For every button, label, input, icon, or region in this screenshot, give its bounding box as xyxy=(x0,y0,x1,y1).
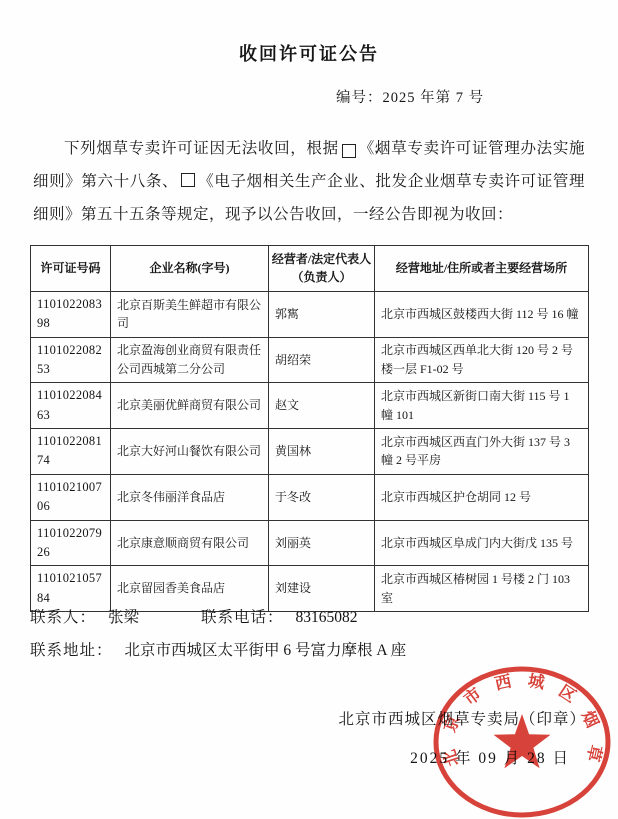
business-address: 北京市西城区阜成门内大街戊 135 号 xyxy=(375,520,589,566)
contact-address-label: 联系地址： xyxy=(30,642,113,659)
checkbox-unchecked-icon xyxy=(181,173,195,187)
page-title: 收回许可证公告 xyxy=(0,0,618,66)
contact-phone-value: 83165082 xyxy=(296,609,358,626)
company-name: 北京百斯美生鲜超市有限公司 xyxy=(111,291,269,337)
company-name: 北京冬伟丽洋食品店 xyxy=(111,474,269,520)
contact-address-value: 北京市西城区太平街甲 6 号富力摩根 A 座 xyxy=(125,642,407,659)
table-row: 110102208398 北京百斯美生鲜超市有限公司 郭寯 北京市西城区鼓楼西大… xyxy=(31,291,589,337)
col-header-company-name: 企业名称(字号) xyxy=(111,245,269,291)
official-seal: 北京市西城区烟草专卖局 xyxy=(430,664,615,819)
license-number: 110102208463 xyxy=(31,383,111,429)
company-name: 北京美丽优鲜商贸有限公司 xyxy=(111,383,269,429)
company-name: 北京大好河山餐饮有限公司 xyxy=(111,429,269,475)
license-number: 110102207926 xyxy=(31,520,111,566)
issuer-line: 北京市西城区烟草专卖局（印章） xyxy=(338,707,586,729)
table-row: 110102207926 北京康意顺商贸有限公司 刘丽英 北京市西城区阜成门内大… xyxy=(31,520,589,566)
business-address: 北京市西城区鼓楼西大街 112 号 16 幢 xyxy=(375,291,589,337)
col-header-address: 经营地址/住所或者主要经营场所 xyxy=(375,245,589,291)
table-row: 110102208253 北京盈海创业商贸有限责任公司西城第二分公司 胡绍荣 北… xyxy=(31,337,589,383)
table-header-row: 许可证号码 企业名称(字号) 经营者/法定代表人 （负责人） 经营地址/住所或者… xyxy=(31,245,589,291)
date-line: 2025 年 09 月 28 日 xyxy=(410,746,570,768)
operator-name: 胡绍荣 xyxy=(269,337,375,383)
contact-phone-label: 联系电话： xyxy=(201,609,284,626)
contact-block: 联系人：张梁联系电话：83165082 联系地址：北京市西城区太平街甲 6 号富… xyxy=(30,601,406,668)
announcement-paragraph: 下列烟草专卖许可证因无法收回，根据✓《烟草专卖许可证管理办法实施细则》第六十八条… xyxy=(33,133,585,232)
business-address: 北京市西城区西单北大街 120 号 2 号楼一层 F1-02 号 xyxy=(375,337,589,383)
operator-name: 于冬改 xyxy=(269,474,375,520)
company-name: 北京盈海创业商贸有限责任公司西城第二分公司 xyxy=(111,337,269,383)
table-row: 110102100706 北京冬伟丽洋食品店 于冬改 北京市西城区护仓胡同 12… xyxy=(31,474,589,520)
operator-name: 郭寯 xyxy=(269,291,375,337)
business-address: 北京市西城区西直门外大街 137 号 3 幢 2 号平房 xyxy=(375,429,589,475)
col-header-license-number: 许可证号码 xyxy=(31,245,111,291)
checkbox-checked-icon: ✓ xyxy=(342,144,356,158)
contact-person-label: 联系人： xyxy=(30,609,96,626)
operator-name: 刘丽英 xyxy=(269,520,375,566)
col-header-operator: 经营者/法定代表人 （负责人） xyxy=(269,245,375,291)
business-address: 北京市西城区护仓胡同 12 号 xyxy=(375,474,589,520)
paragraph-text-1: 下列烟草专卖许可证因无法收回，根据 xyxy=(64,140,339,157)
operator-name: 黄国林 xyxy=(269,429,375,475)
seal-ring xyxy=(436,669,608,815)
license-number: 110102100706 xyxy=(31,474,111,520)
company-name: 北京康意顺商贸有限公司 xyxy=(111,520,269,566)
operator-name: 赵文 xyxy=(269,383,375,429)
contact-address-row: 联系地址：北京市西城区太平街甲 6 号富力摩根 A 座 xyxy=(30,634,406,667)
contact-person-row: 联系人：张梁联系电话：83165082 xyxy=(30,601,406,634)
business-address: 北京市西城区新街口南大街 115 号 1 幢 101 xyxy=(375,383,589,429)
business-address: 北京市西城区椿树园 1 号楼 2 门 103 室 xyxy=(375,566,589,612)
license-number: 110102208174 xyxy=(31,429,111,475)
table-row: 110102208174 北京大好河山餐饮有限公司 黄国林 北京市西城区西直门外… xyxy=(31,429,589,475)
doc-number: 编号：2025 年第 7 号 xyxy=(336,86,618,107)
contact-person-value: 张梁 xyxy=(108,609,139,626)
license-number: 110102208253 xyxy=(31,337,111,383)
license-number: 110102208398 xyxy=(31,291,111,337)
license-table: 许可证号码 企业名称(字号) 经营者/法定代表人 （负责人） 经营地址/住所或者… xyxy=(30,245,589,612)
table-row: 110102208463 北京美丽优鲜商贸有限公司 赵文 北京市西城区新街口南大… xyxy=(31,383,589,429)
